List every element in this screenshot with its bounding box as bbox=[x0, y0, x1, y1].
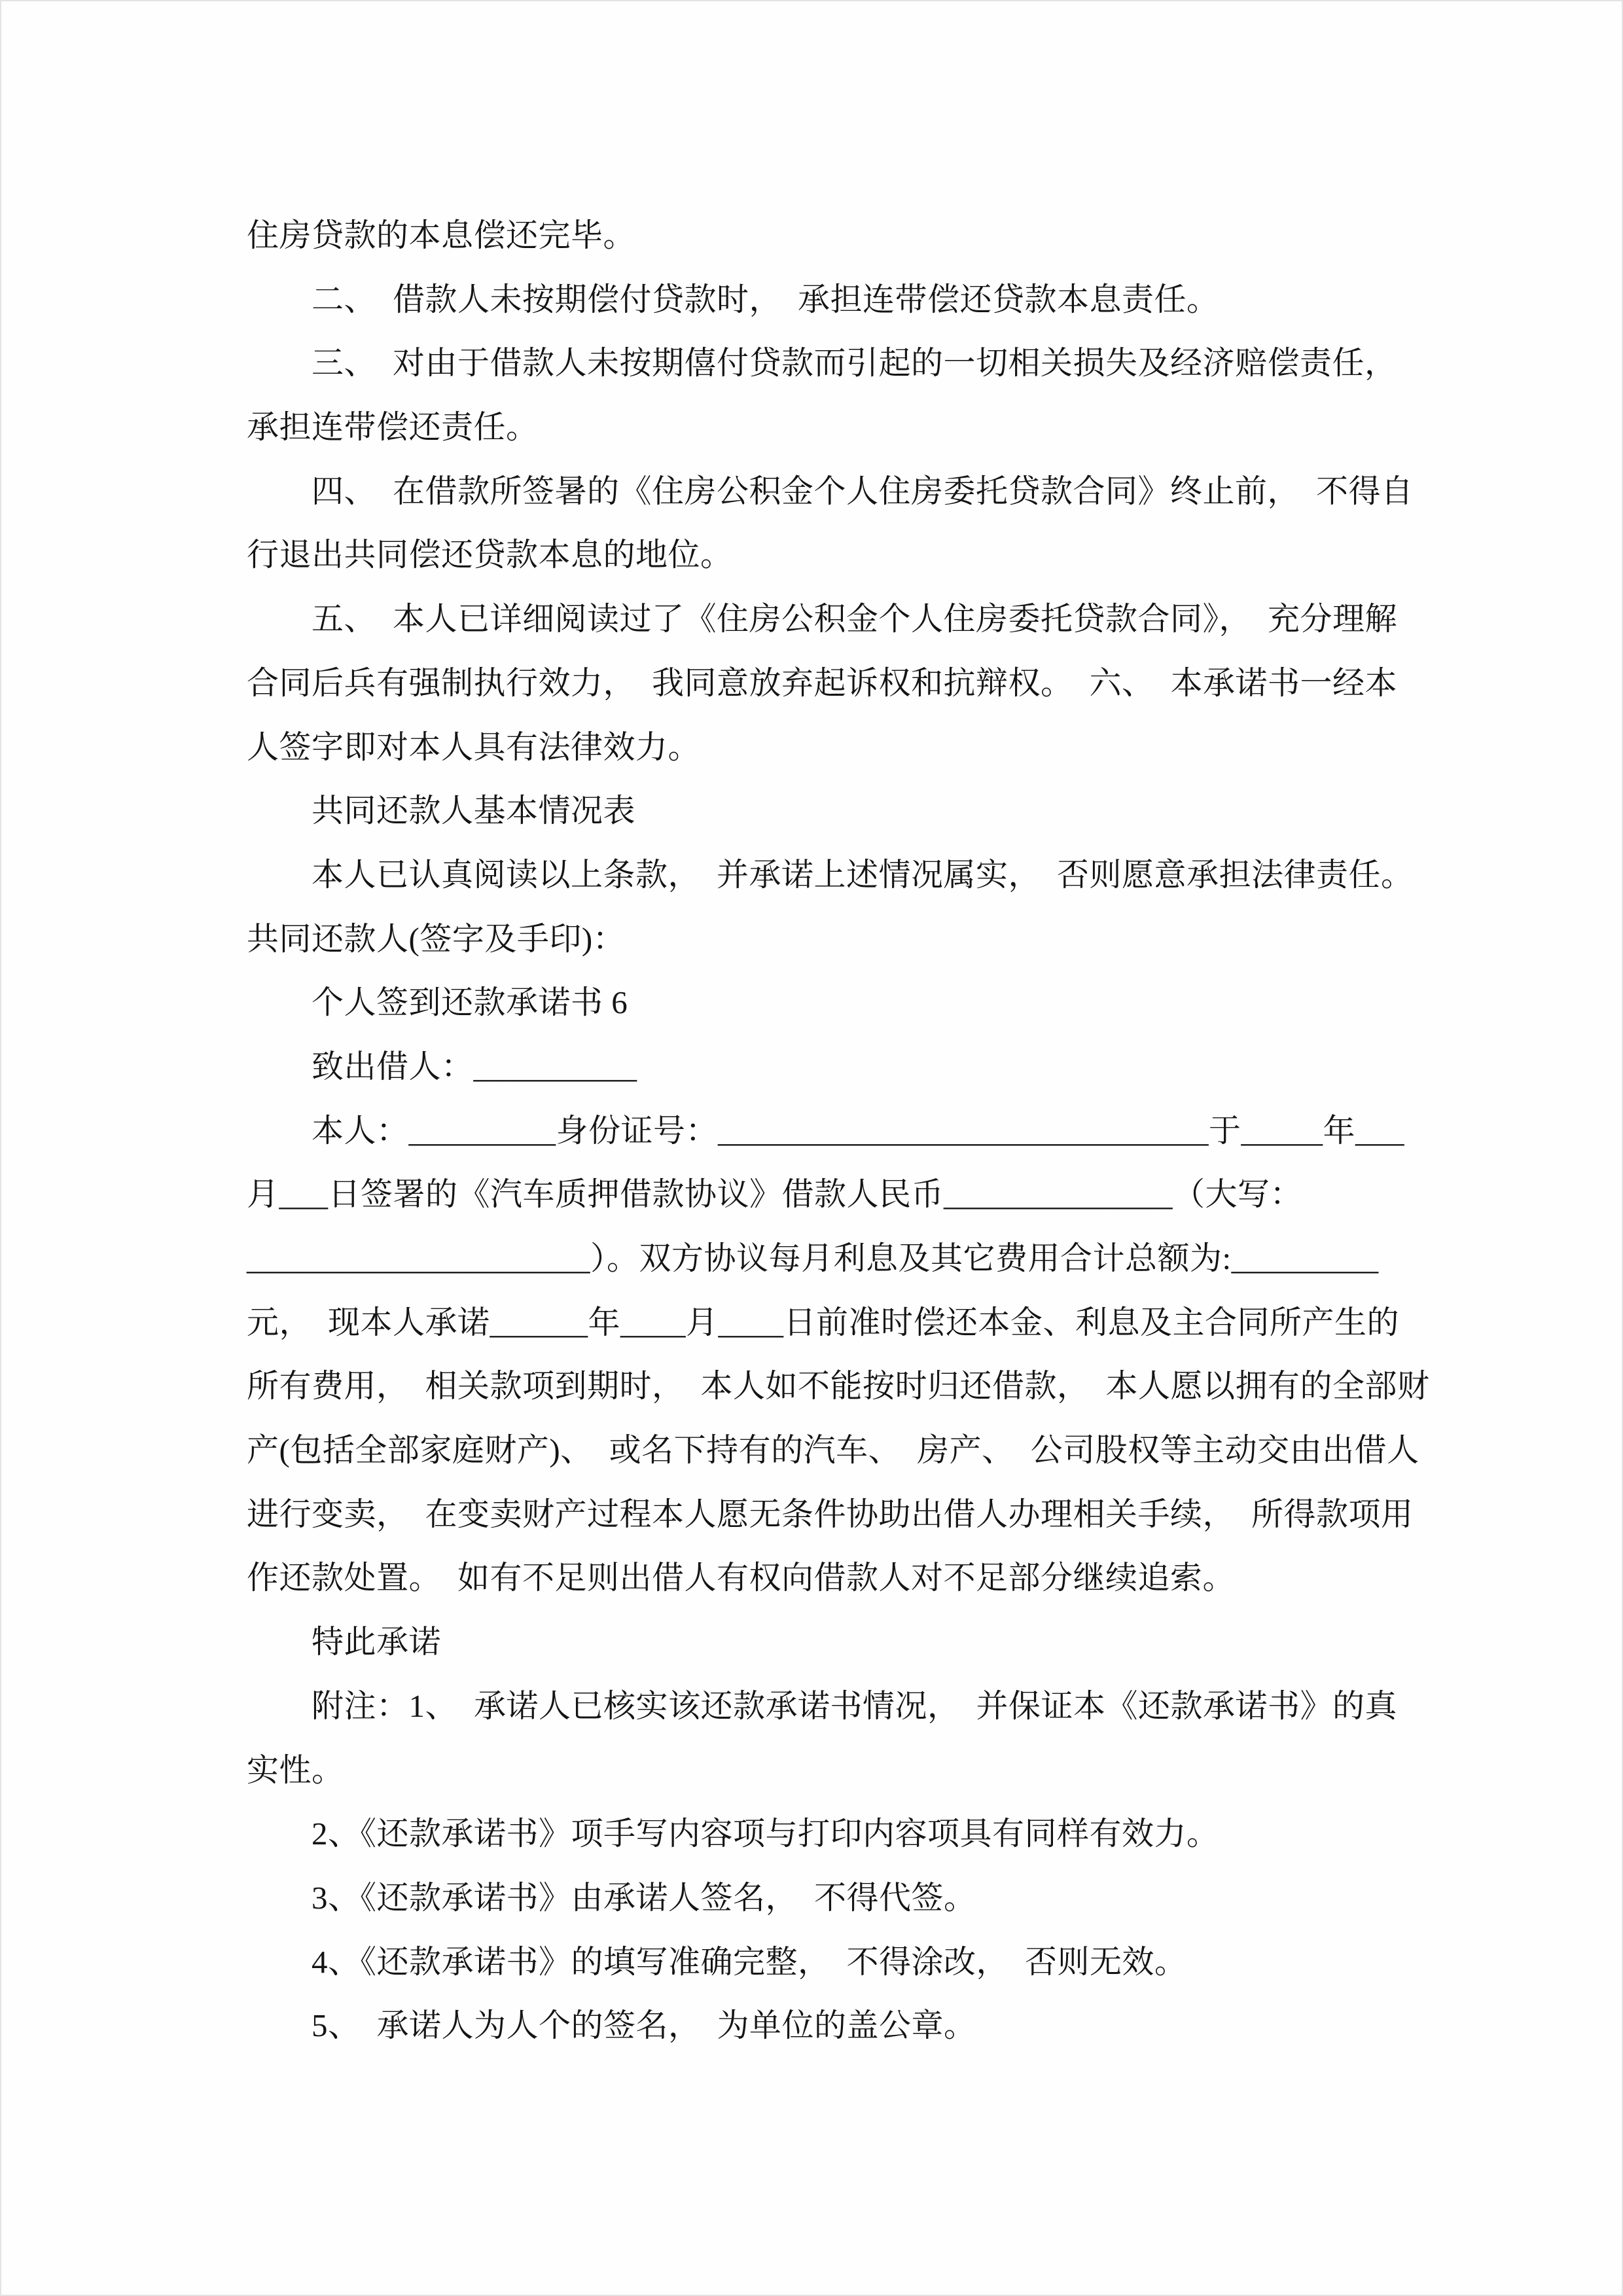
text-line: 2、《还款承诺书》项手写内容项与打印内容项具有同样有效力。 bbox=[247, 1802, 1380, 1866]
text-line: 附注：1、 承诺人已核实该还款承诺书情况， 并保证本《还款承诺书》的真 bbox=[247, 1674, 1380, 1738]
text-line: 3、《还款承诺书》由承诺人签名， 不得代签。 bbox=[247, 1866, 1380, 1930]
text-line: 特此承诺 bbox=[247, 1610, 1380, 1674]
text-line: 实性。 bbox=[247, 1738, 1380, 1803]
text-line: 月___日签署的《汽车质押借款协议》借款人民币______________（大写… bbox=[247, 1162, 1380, 1227]
text-line: 个人签到还款承诺书 6 bbox=[247, 971, 1380, 1035]
text-line: 三、 对由于借款人未按期僖付贷款而引起的一切相关损失及经济赔偿责任， bbox=[247, 331, 1380, 395]
text-line: 元， 现本人承诺______年____月____日前准时偿还本金、利息及主合同所… bbox=[247, 1291, 1380, 1355]
text-line: 所有费用， 相关款项到期时， 本人如不能按时归还借款， 本人愿以拥有的全部财 bbox=[247, 1354, 1380, 1418]
text-line: 5、 承诺人为人个的签名， 为单位的盖公章。 bbox=[247, 1994, 1380, 2058]
text-line: 二、 借款人未按期偿付贷款时， 承担连带偿还贷款本息责任。 bbox=[247, 268, 1380, 332]
text-line: 致出借人：__________ bbox=[247, 1035, 1380, 1099]
text-line: 进行变卖， 在变卖财产过程本人愿无条件协助出借人办理相关手续， 所得款项用 bbox=[247, 1482, 1380, 1547]
text-line: 承担连带偿还责任。 bbox=[247, 395, 1380, 459]
text-line: 住房贷款的本息偿还完毕。 bbox=[247, 204, 1380, 268]
text-line: 本人已认真阅读以上条款， 并承诺上述情况属实， 否则愿意承担法律责任。 bbox=[247, 843, 1380, 907]
text-line: 人签字即对本人具有法律效力。 bbox=[247, 715, 1380, 780]
text-line: 五、 本人已详细阅读过了《住房公积金个人住房委托贷款合同》， 充分理解 bbox=[247, 587, 1380, 651]
text-line: 4、《还款承诺书》的填写准确完整， 不得涂改， 否则无效。 bbox=[247, 1930, 1380, 1994]
text-line: 共同还款人基本情况表 bbox=[247, 779, 1380, 843]
text-line: 产(包括全部家庭财产)、 或名下持有的汽车、 房产、 公司股权等主动交由出借人 bbox=[247, 1418, 1380, 1482]
text-line: 作还款处置。 如有不足则出借人有权向借款人对不足部分继续追索。 bbox=[247, 1546, 1380, 1610]
text-line: 四、 在借款所签暑的《住房公积金个人住房委托贷款合同》终止前， 不得自 bbox=[247, 459, 1380, 524]
text-line: 共同还款人(签字及手印)： bbox=[247, 907, 1380, 971]
text-line: 本人：_________身份证号：_______________________… bbox=[247, 1099, 1380, 1163]
text-line: 行退出共同偿还贷款本息的地位。 bbox=[247, 523, 1380, 587]
text-line: 合同后兵有强制执行效力， 我同意放弃起诉权和抗辩权。 六、 本承诺书一经本 bbox=[247, 651, 1380, 715]
text-line: _____________________）。双方协议每月利息及其它费用合计总额… bbox=[247, 1227, 1380, 1291]
document-page: 住房贷款的本息偿还完毕。 二、 借款人未按期偿付贷款时， 承担连带偿还贷款本息责… bbox=[0, 0, 1623, 2296]
